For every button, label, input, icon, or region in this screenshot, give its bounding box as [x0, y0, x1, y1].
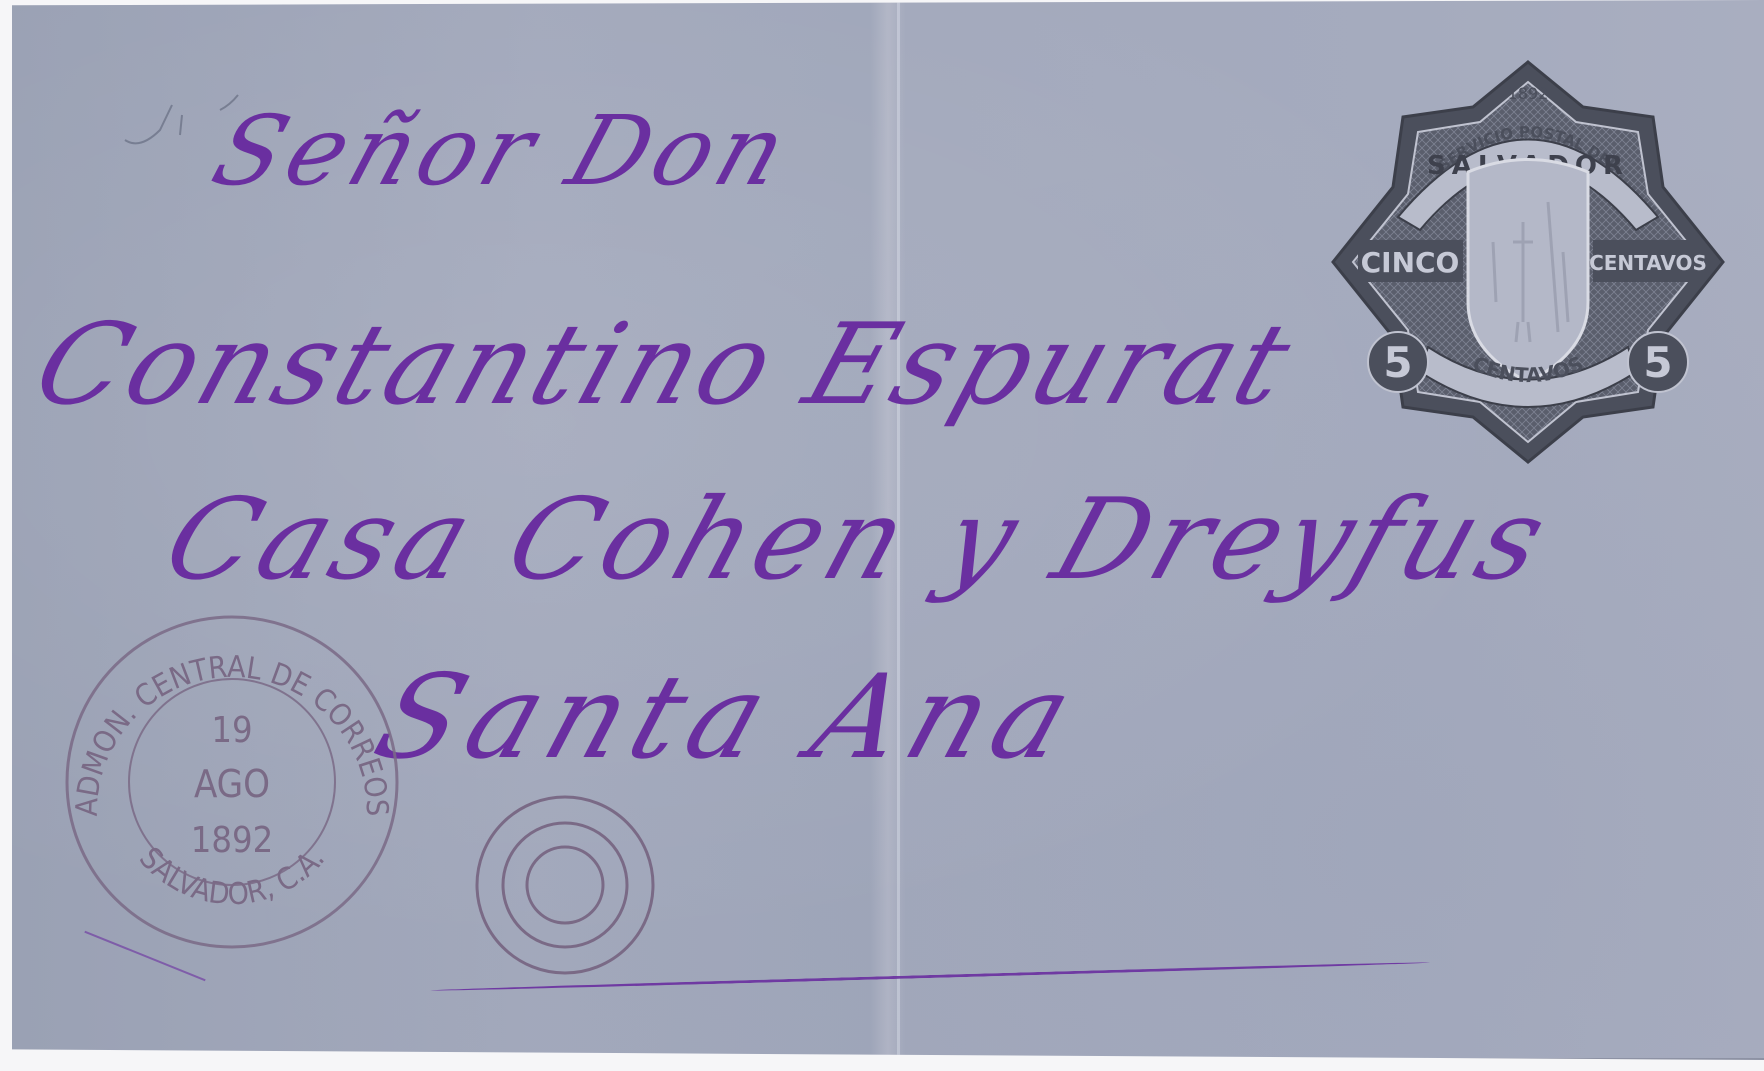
- address-recipient-name: Constantino Espurat: [20, 300, 1309, 430]
- postage-indicium: SERVICIO POSTAL DEL 1892 SALVADOR CINCO …: [1318, 52, 1738, 472]
- indicium-year: 1892: [1508, 84, 1549, 103]
- indicium-numeral-left: 5: [1383, 338, 1412, 387]
- indicium-right-value: CENTAVOS: [1589, 251, 1707, 275]
- target-cancel: [470, 790, 660, 980]
- address-city: Santa Ana: [360, 650, 1097, 785]
- postmark-year: 1892: [191, 820, 273, 861]
- coat-of-arms-shield: [1468, 160, 1588, 383]
- indicium-numeral-right: 5: [1643, 338, 1672, 387]
- postmark: ADMON. CENTRAL DE CORREOS SALVADOR, C.A.…: [52, 612, 412, 952]
- address-company: Casa Cohen y Dreyfus: [150, 475, 1567, 605]
- address-salutation: Señor Don: [200, 95, 806, 207]
- indicium-left-value: CINCO: [1361, 246, 1460, 279]
- postmark-month: AGO: [194, 762, 270, 806]
- postmark-day: 19: [211, 710, 252, 751]
